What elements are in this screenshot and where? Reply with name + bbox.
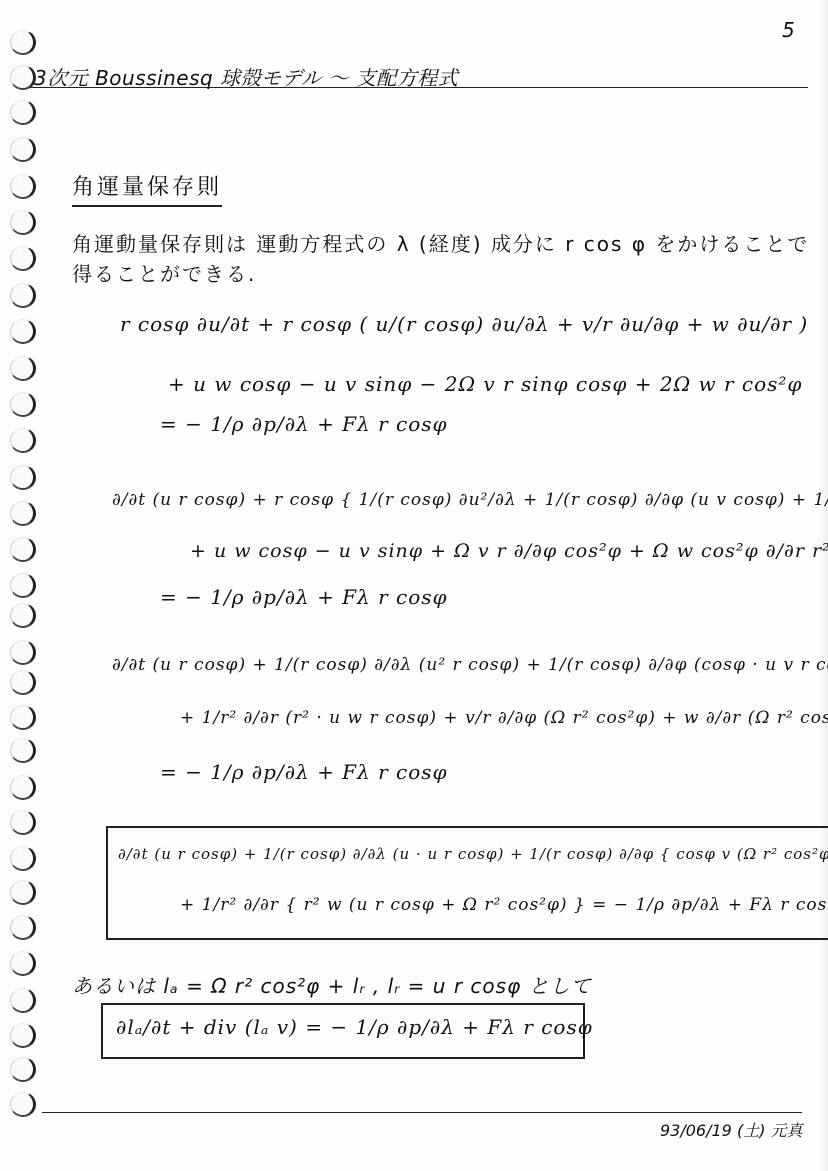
binder-hole xyxy=(10,1057,36,1082)
binder-hole xyxy=(10,283,36,308)
binder-hole xyxy=(10,1023,36,1048)
binder-hole xyxy=(10,915,36,940)
section-heading: 角運量保存則 xyxy=(72,170,222,207)
footer-rule xyxy=(42,1112,802,1113)
intro-line-1: 角運動量保存則は 運動方程式の λ (経度) 成分に r cos φ をかけるこ… xyxy=(72,228,809,257)
binder-hole xyxy=(10,705,36,730)
binder-hole xyxy=(10,100,36,125)
intro-line-2: 得ることができる. xyxy=(72,258,256,287)
binder-hole xyxy=(10,319,36,344)
equation-3-line-1: ∂/∂t (u r cosφ) + 1/(r cosφ) ∂/∂λ (u² r … xyxy=(112,655,828,675)
binder-hole xyxy=(10,810,36,835)
binder-hole xyxy=(10,640,36,665)
binder-hole xyxy=(10,670,36,695)
binder-hole xyxy=(10,951,36,976)
binder-hole xyxy=(10,603,36,628)
binder-hole xyxy=(10,137,36,162)
alternative-intro: あるいは lₐ = Ω r² cos²φ + lᵣ , lᵣ = u r cos… xyxy=(72,970,592,999)
equation-3-line-2: + 1/r² ∂/∂r (r² · u w r cosφ) + v/r ∂/∂φ… xyxy=(180,708,828,728)
binder-hole xyxy=(10,174,36,199)
binder-hole xyxy=(10,537,36,562)
binder-hole xyxy=(10,846,36,871)
binder-hole xyxy=(10,356,36,381)
page-edge xyxy=(818,0,828,1171)
equation-4-line-2: + 1/r² ∂/∂r { r² w (u r cosφ + Ω r² cos²… xyxy=(180,895,828,915)
title-underline xyxy=(30,87,808,88)
binder-hole xyxy=(10,428,36,453)
binder-holes xyxy=(6,0,46,1171)
equation-1-line-3: = − 1/ρ ∂p/∂λ + Fλ r cosφ xyxy=(160,412,448,436)
equation-4-line-1: ∂/∂t (u r cosφ) + 1/(r cosφ) ∂/∂λ (u · u… xyxy=(118,845,828,863)
binder-hole xyxy=(10,738,36,763)
equation-3-line-3: = − 1/ρ ∂p/∂λ + Fλ r cosφ xyxy=(160,760,448,784)
binder-hole xyxy=(10,465,36,490)
binder-hole xyxy=(10,1092,36,1117)
binder-hole xyxy=(10,210,36,235)
final-equation: ∂lₐ/∂t + div (lₐ v) = − 1/ρ ∂p/∂λ + Fλ r… xyxy=(116,1015,593,1039)
equation-2-line-1: ∂/∂t (u r cosφ) + r cosφ { 1/(r cosφ) ∂u… xyxy=(112,490,828,510)
binder-hole xyxy=(10,573,36,598)
binder-hole xyxy=(10,246,36,271)
equation-1-line-1: r cosφ ∂u/∂t + r cosφ ( u/(r cosφ) ∂u/∂λ… xyxy=(120,312,808,336)
binder-hole xyxy=(10,501,36,526)
binder-hole xyxy=(10,30,36,55)
binder-hole xyxy=(10,392,36,417)
equation-1-line-2: + u w cosφ − u v sinφ − 2Ω v r sinφ cosφ… xyxy=(168,372,802,396)
page-number: 5 xyxy=(782,18,795,42)
equation-2-line-3: = − 1/ρ ∂p/∂λ + Fλ r cosφ xyxy=(160,585,448,609)
notebook-page: 5 3次元 Boussinesq 球殻モデル ～ 支配方程式 角運量保存則 角運… xyxy=(0,0,828,1171)
equation-2-line-2: + u w cosφ − u v sinφ + Ω v r ∂/∂φ cos²φ… xyxy=(190,540,828,562)
footer-date: 93/06/19 (土) 元真 xyxy=(660,1118,803,1141)
boxed-equation-4 xyxy=(106,826,828,940)
binder-hole xyxy=(10,988,36,1013)
binder-hole xyxy=(10,775,36,800)
binder-hole xyxy=(10,880,36,905)
